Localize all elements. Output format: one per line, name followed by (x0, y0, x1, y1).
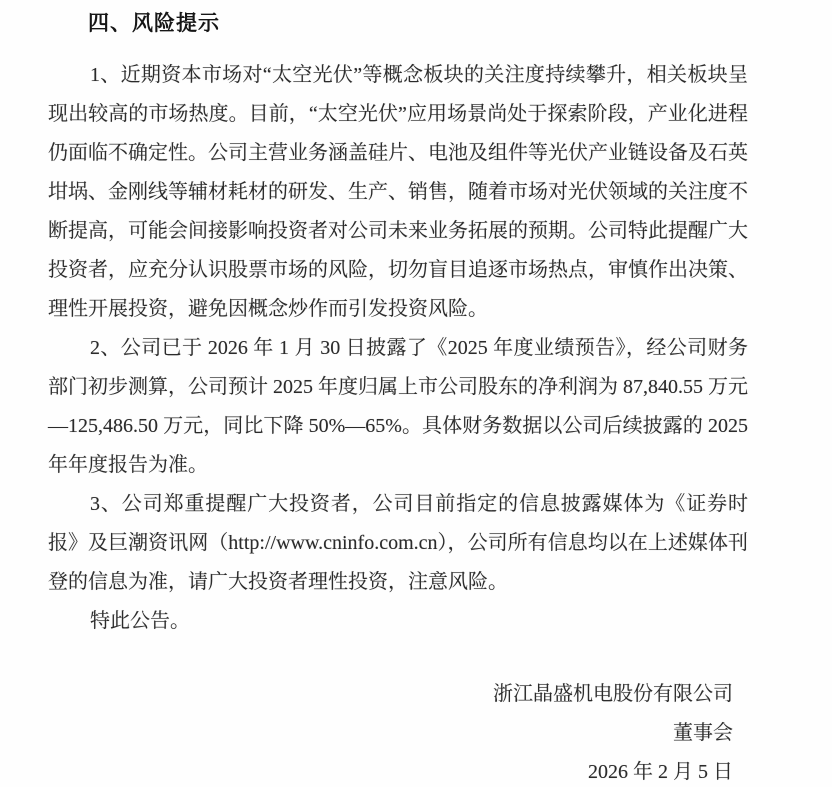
signature-date: 2026 年 2 月 5 日 (48, 753, 733, 787)
document-body: 四、风险提示 1、近期资本市场对“太空光伏”等概念板块的关注度持续攀升，相关板块… (0, 0, 832, 787)
signature-company-name: 浙江晶盛机电股份有限公司 (48, 675, 733, 714)
paragraph-market-heat-risk: 1、近期资本市场对“太空光伏”等概念板块的关注度持续攀升，相关板块呈现出较高的市… (48, 56, 748, 329)
announcement-page: 四、风险提示 1、近期资本市场对“太空光伏”等概念板块的关注度持续攀升，相关板块… (0, 0, 832, 787)
section-heading-risk-notice: 四、风险提示 (88, 10, 748, 37)
signature-block: 浙江晶盛机电股份有限公司 董事会 2026 年 2 月 5 日 (48, 675, 748, 787)
closing-statement: 特此公告。 (48, 602, 748, 641)
signature-board-of-directors: 董事会 (48, 714, 733, 753)
paragraph-earnings-forecast: 2、公司已于 2026 年 1 月 30 日披露了《2025 年度业绩预告》，经… (48, 329, 748, 485)
paragraph-disclosure-media: 3、公司郑重提醒广大投资者，公司目前指定的信息披露媒体为《证券时报》及巨潮资讯网… (48, 485, 748, 602)
